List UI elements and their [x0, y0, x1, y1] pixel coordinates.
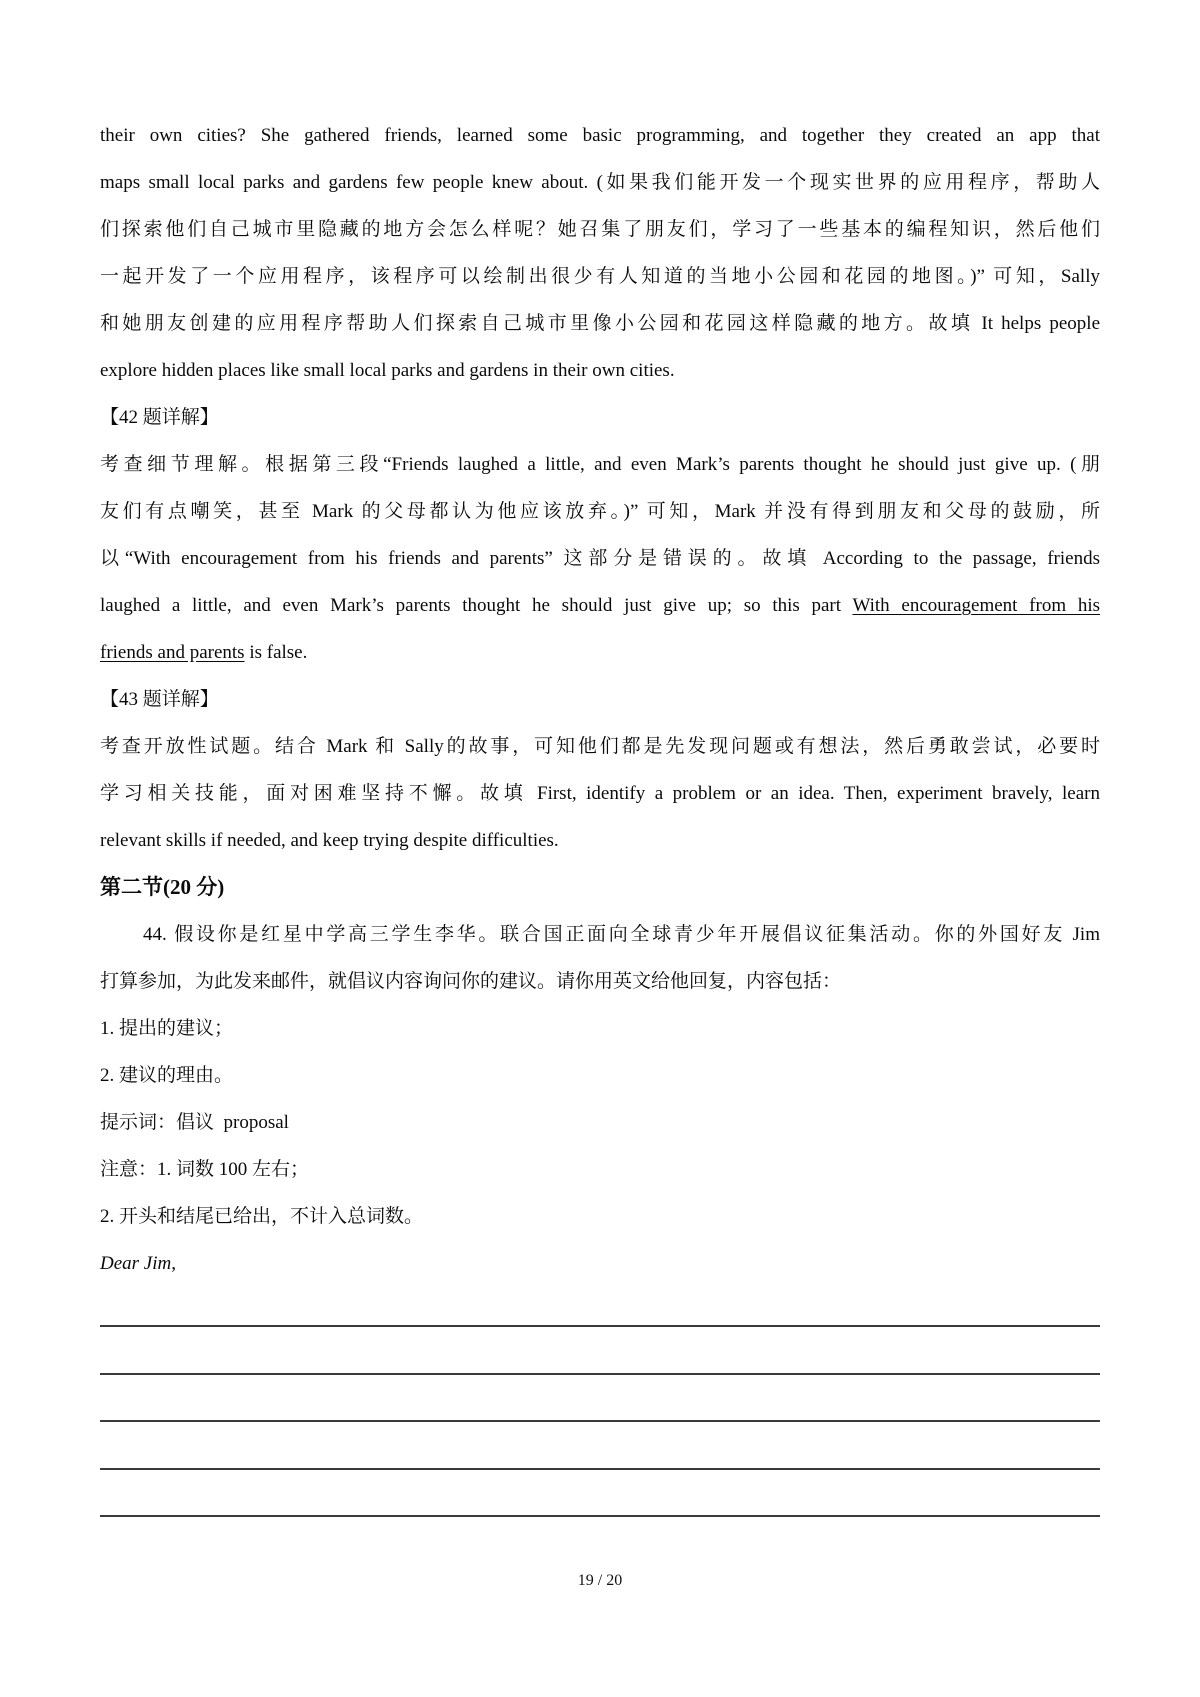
writing-line: [100, 1422, 1100, 1470]
answer41-line: maps small local parks and gardens few p…: [100, 159, 1100, 206]
answer42-underlined-text: friends and parents: [100, 642, 245, 663]
task-point: 1. 提出的建议；: [100, 1005, 1100, 1052]
writing-line: [100, 1375, 1100, 1423]
answer42-plain-text: laughed a little, and even Mark’s parent…: [100, 595, 852, 616]
explanation-43-heading: 【43 题详解】: [100, 676, 1100, 723]
notice-line: 2. 开头和结尾已给出，不计入总词数。: [100, 1193, 1100, 1240]
answer41-line: 们探索他们自己城市里隐藏的地方会怎么样呢？她召集了朋友们，学习了一些基本的编程知…: [100, 206, 1100, 253]
answer42-line: 考查细节理解。根据第三段“Friends laughed a little, a…: [100, 441, 1100, 488]
writing-area: [100, 1287, 1100, 1517]
answer42-line: 以“With encouragement from his friends an…: [100, 535, 1100, 582]
answer43-line: 学习相关技能，面对困难坚持不懈。故填 First, identify a pro…: [100, 770, 1100, 817]
answer43-line: 考查开放性试题。结合 Mark 和 Sally的故事，可知他们都是先发现问题或有…: [100, 723, 1100, 770]
notice-line: 注意：1. 词数 100 左右；: [100, 1146, 1100, 1193]
answer42-underlined-text: With encouragement from his: [852, 595, 1100, 616]
answer41-line: their own cities? She gathered friends, …: [100, 112, 1100, 159]
answer42-line: friends and parents is false.: [100, 629, 1100, 676]
writing-line: [100, 1287, 1100, 1327]
task-44-line: 打算参加，为此发来邮件，就倡议内容询问你的建议。请你用英文给他回复，内容包括：: [100, 958, 1100, 1005]
answer42-plain-text: is false.: [245, 642, 308, 663]
answer41-line: explore hidden places like small local p…: [100, 347, 1100, 394]
writing-line: [100, 1327, 1100, 1375]
answer42-line: 友们有点嘲笑，甚至 Mark 的父母都认为他应该放弃。)” 可知，Mark 并没…: [100, 488, 1100, 535]
writing-line: [100, 1470, 1100, 1518]
section2-heading: 第二节(20 分): [100, 864, 1100, 911]
document-page: their own cities? She gathered friends, …: [0, 0, 1200, 1697]
page-number: 19 / 20: [0, 1566, 1200, 1596]
explanation-42-heading: 【42 题详解】: [100, 394, 1100, 441]
answer43-line: relevant skills if needed, and keep tryi…: [100, 817, 1100, 864]
answer41-line: 和她朋友创建的应用程序帮助人们探索自己城市里像小公园和花园这样隐藏的地方。故填 …: [100, 300, 1100, 347]
answer41-line: 一起开发了一个应用程序，该程序可以绘制出很少有人知道的当地小公园和花园的地图。)…: [100, 253, 1100, 300]
letter-salutation: Dear Jim,: [100, 1240, 1100, 1287]
task-point: 2. 建议的理由。: [100, 1052, 1100, 1099]
task-44-line: 44. 假设你是红星中学高三学生李华。联合国正面向全球青少年开展倡议征集活动。你…: [100, 911, 1100, 958]
hint-word-line: 提示词：倡议 proposal: [100, 1099, 1100, 1146]
answer42-line: laughed a little, and even Mark’s parent…: [100, 582, 1100, 629]
